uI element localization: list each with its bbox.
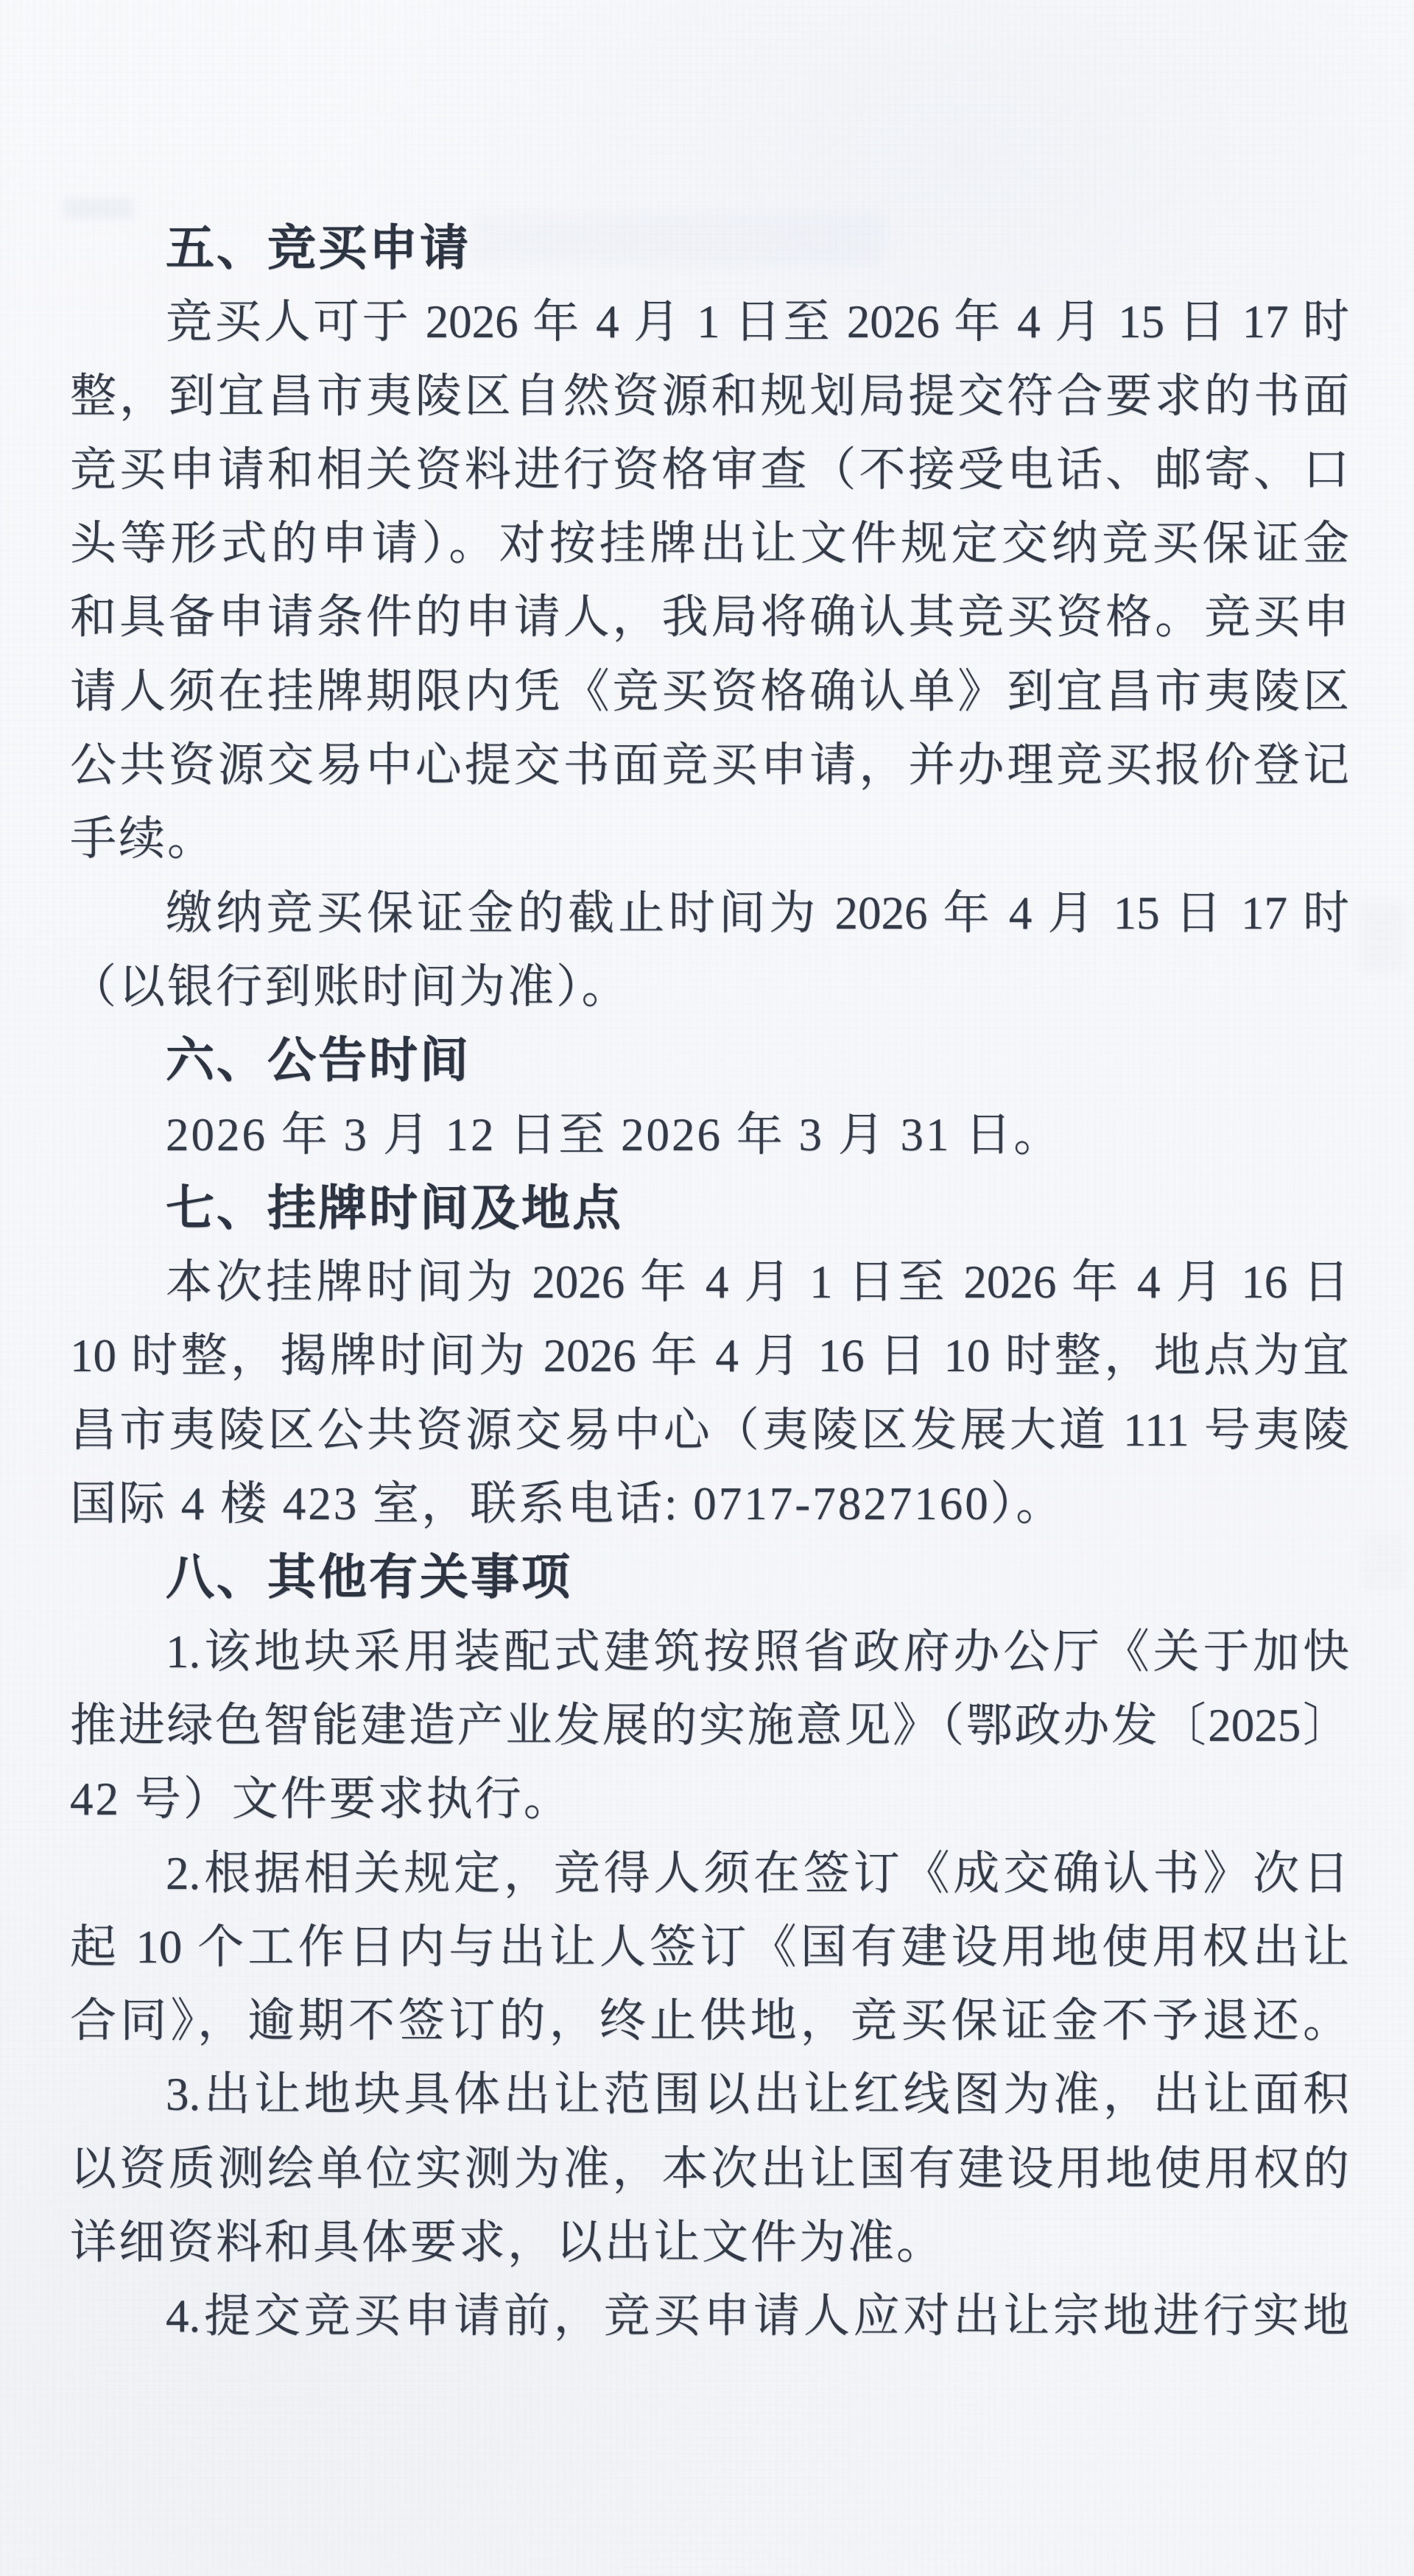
doc-line: 竞买申请和相关资料进行资格审查（不接受电话、邮寄、口 xyxy=(70,433,1349,507)
doc-line: 请人须在挂牌期限内凭《竞买资格确认单》到宜昌市夷陵区 xyxy=(70,655,1349,728)
doc-line: 4.提交竞买申请前，竞买申请人应对出让宗地进行实地 xyxy=(70,2279,1349,2353)
doc-line: 本次挂牌时间为 2026 年 4 月 1 日至 2026 年 4 月 16 日 xyxy=(70,1245,1349,1319)
doc-line: 合同》，逾期不签订的，终止供地，竞买保证金不予退还。 xyxy=(70,1984,1349,2058)
section-heading-other-matters: 八、其他有关事项 xyxy=(70,1541,1349,1614)
doc-line: 以资质测绘单位实测为准，本次出让国有建设用地使用权的 xyxy=(70,2132,1349,2206)
document-body: 五、竞买申请 竞买人可于 2026 年 4 月 1 日至 2026 年 4 月 … xyxy=(70,211,1349,2354)
doc-line: 2026 年 3 月 12 日至 2026 年 3 月 31 日。 xyxy=(70,1098,1349,1172)
section-heading-listing-time-location: 七、挂牌时间及地点 xyxy=(70,1172,1349,1245)
scanned-document-page: 五、竞买申请 竞买人可于 2026 年 4 月 1 日至 2026 年 4 月 … xyxy=(0,0,1414,2576)
doc-line: 1.该地块采用装配式建筑按照省政府办公厅《关于加快 xyxy=(70,1615,1349,1689)
doc-line: 公共资源交易中心提交书面竞买申请，并办理竞买报价登记 xyxy=(70,728,1349,802)
scan-bleed-artifact xyxy=(1360,902,1404,973)
doc-line: 缴纳竞买保证金的截止时间为 2026 年 4 月 15 日 17 时 xyxy=(70,876,1349,950)
doc-line: 起 10 个工作日内与出让人签订《国有建设用地使用权出让 xyxy=(70,1910,1349,1984)
doc-line: 10 时整，揭牌时间为 2026 年 4 月 16 日 10 时整，地点为宜 xyxy=(70,1319,1349,1393)
doc-line: 整，到宜昌市夷陵区自然资源和规划局提交符合要求的书面 xyxy=(70,359,1349,433)
doc-line: 42 号）文件要求执行。 xyxy=(70,1762,1349,1836)
doc-line: 推进绿色智能建造产业发展的实施意见》（鄂政办发〔2025〕 xyxy=(70,1689,1349,1762)
doc-line: 和具备申请条件的申请人，我局将确认其竞买资格。竞买申 xyxy=(70,580,1349,654)
doc-line: 竞买人可于 2026 年 4 月 1 日至 2026 年 4 月 15 日 17… xyxy=(70,285,1349,359)
doc-line: 国际 4 楼 423 室，联系电话: 0717-7827160）。 xyxy=(70,1467,1349,1541)
doc-line: 手续。 xyxy=(70,802,1349,876)
doc-line: 详细资料和具体要求，以出让文件为准。 xyxy=(70,2206,1349,2279)
doc-line: 3.出让地块具体出让范围以出让红线图为准，出让面积 xyxy=(70,2058,1349,2131)
section-heading-bidding-application: 五、竞买申请 xyxy=(70,211,1349,285)
doc-line: 2.根据相关规定，竞得人须在签订《成交确认书》次日 xyxy=(70,1837,1349,1910)
doc-line: 昌市夷陵区公共资源交易中心（夷陵区发展大道 111 号夷陵 xyxy=(70,1393,1349,1467)
doc-line: 头等形式的申请）。对按挂牌出让文件规定交纳竞买保证金 xyxy=(70,507,1349,580)
section-heading-announcement-time: 六、公告时间 xyxy=(70,1024,1349,1097)
scan-bleed-artifact xyxy=(1362,1532,1405,1591)
doc-line: （以银行到账时间为准）。 xyxy=(70,950,1349,1024)
